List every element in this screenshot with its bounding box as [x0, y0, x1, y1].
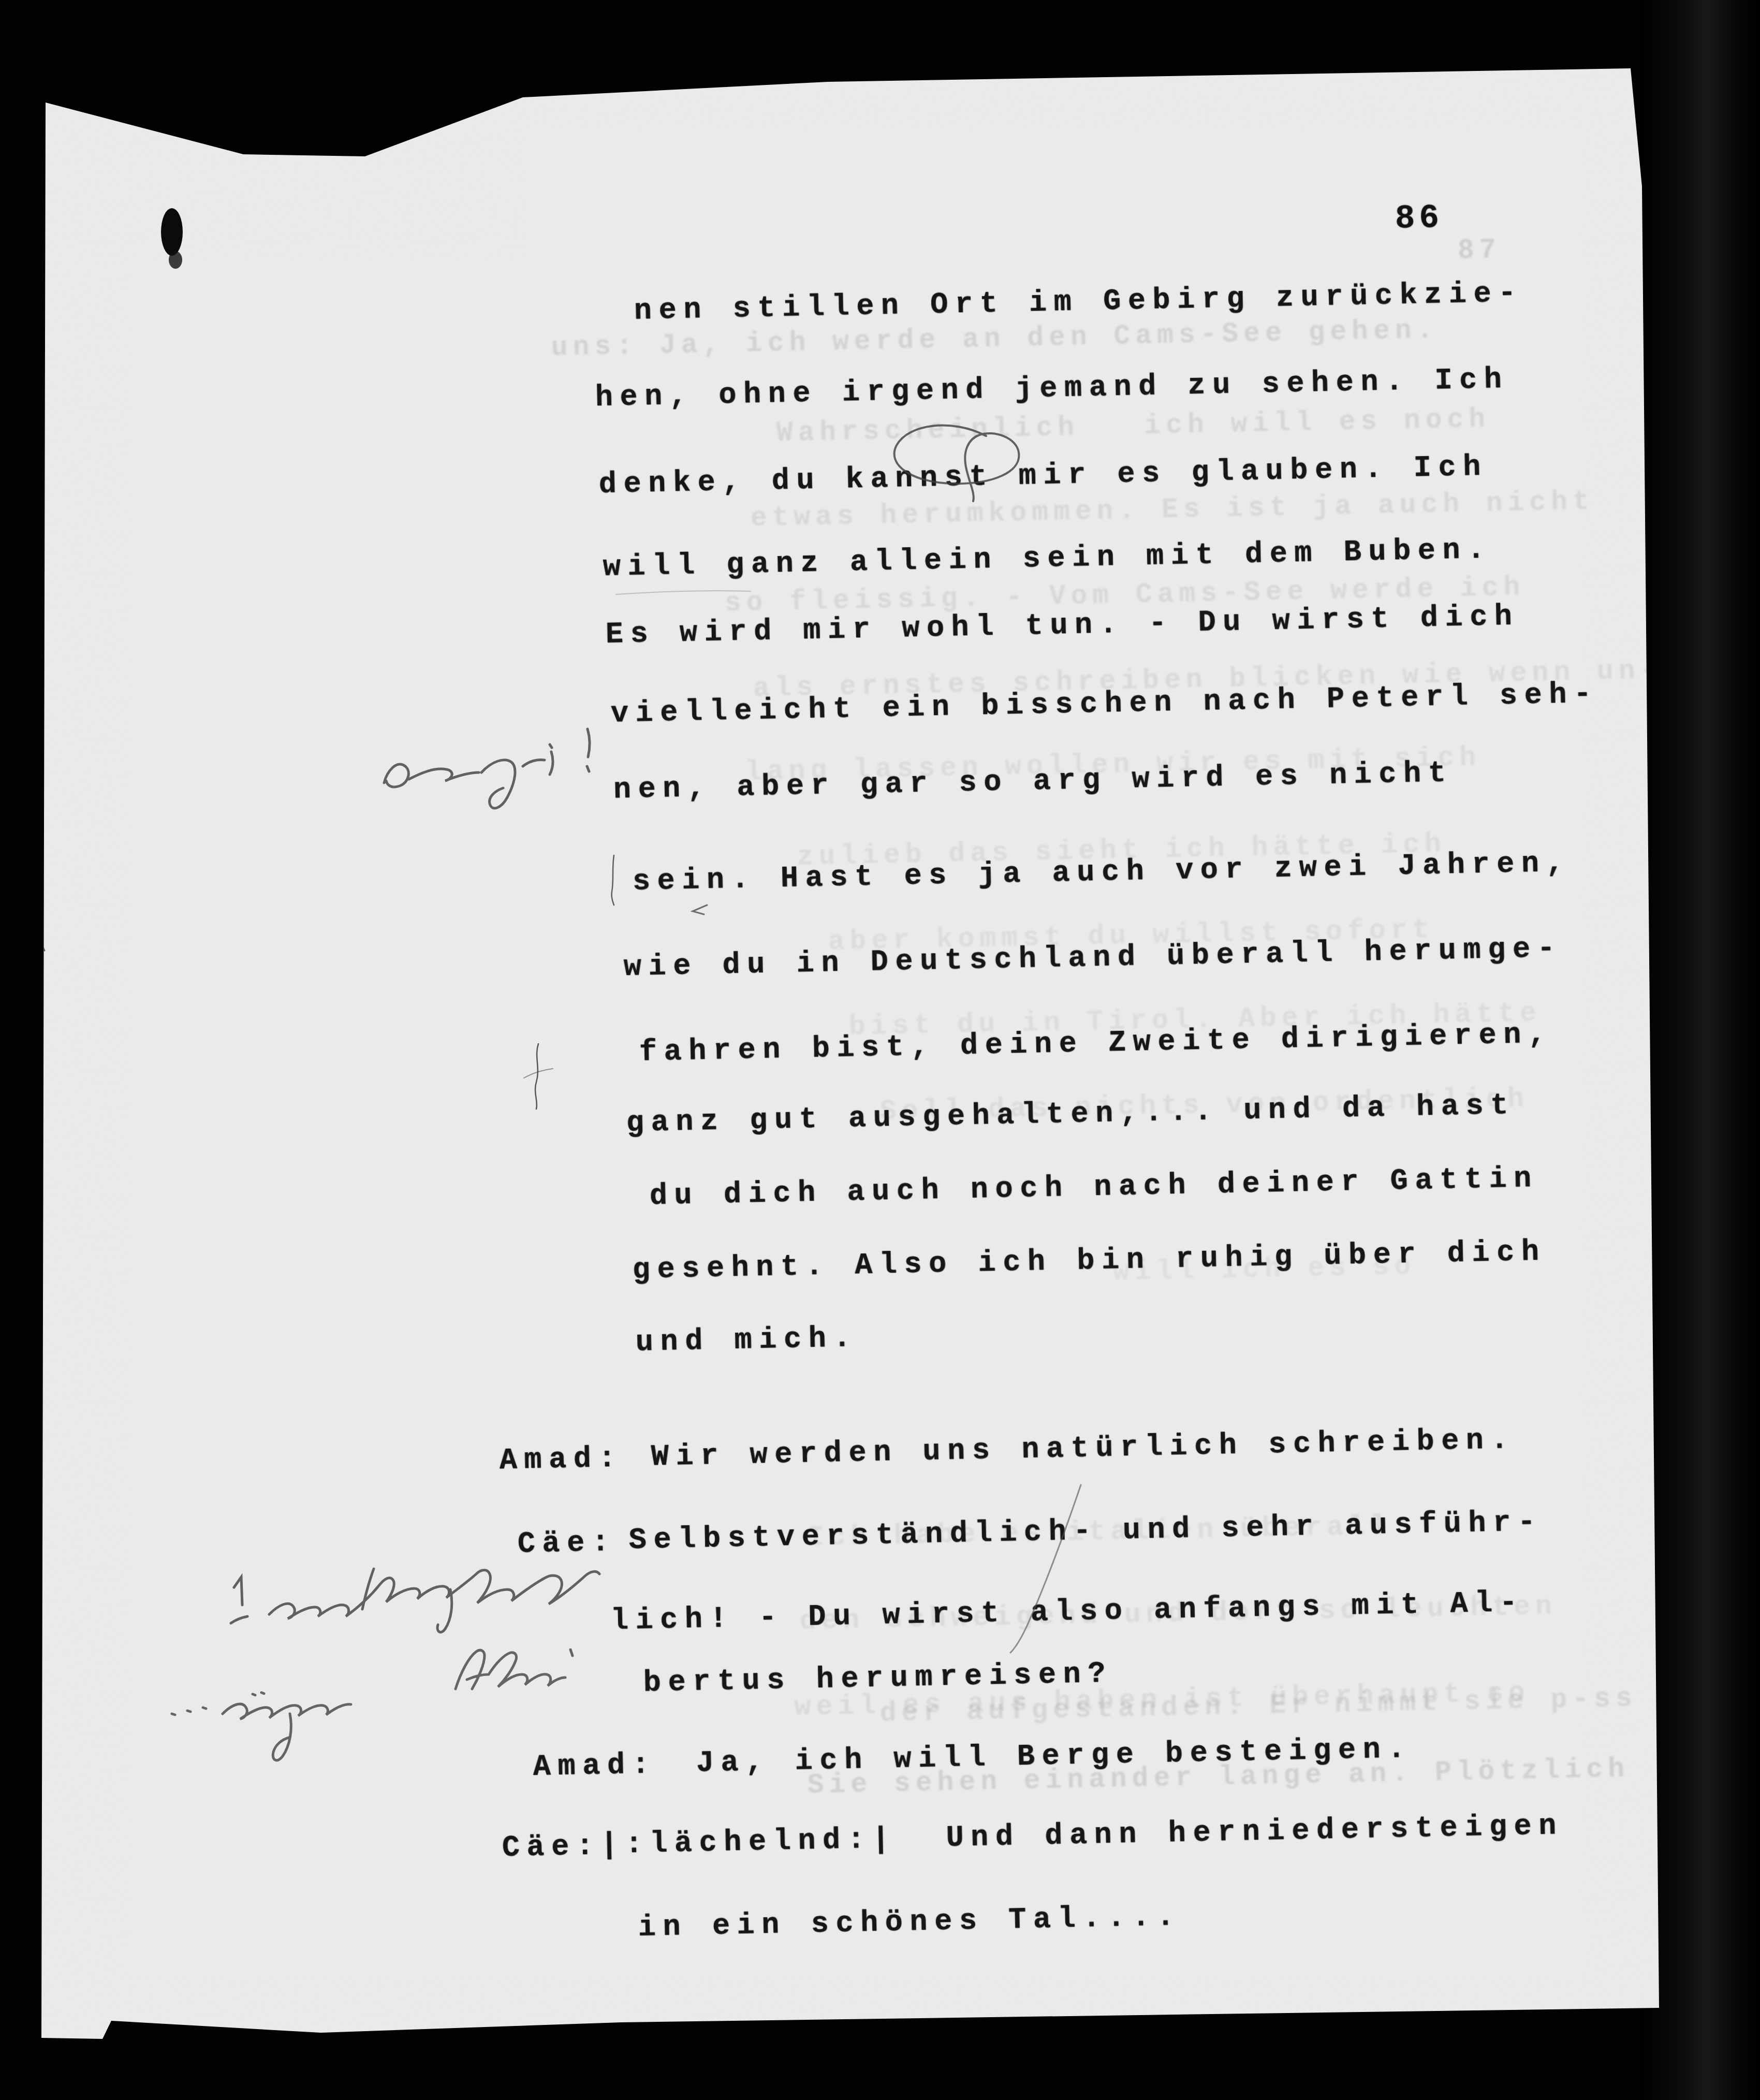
typescript-line: |:lächelnd:| Und dann herniedersteigen	[600, 1812, 1563, 1860]
typescript-line: nen, aber gar so arg wird es nicht	[613, 759, 1453, 806]
typed-text-layer: 87uns: Ja, ich werde an den Cams-See geh…	[0, 0, 1760, 2099]
ghost-line: Wahrscheinlich ich will es noch	[776, 406, 1490, 448]
typescript-line: in ein schönes Tal....	[638, 1903, 1181, 1943]
typescript-line: Cäe:	[517, 1528, 617, 1560]
typescript-line: und mich.	[635, 1324, 858, 1358]
typescript-line: Amad:	[533, 1751, 657, 1783]
typescript-line: ganz gut ausgehalten,... und da hast	[626, 1091, 1515, 1138]
scanned-typescript-page: { "document": { "kind": "typewritten man…	[0, 0, 1760, 2100]
typescript-line: Amad:	[499, 1444, 623, 1476]
page-number: 86	[1395, 200, 1443, 238]
typescript-line: fahren bist, deine Zweite dirigieren,	[639, 1020, 1553, 1068]
book-gutter-shadow	[1641, 0, 1760, 2100]
typescript-line: Selbstverständlich- und sehr ausführ-	[628, 1508, 1543, 1555]
typescript-line: Cäe:	[502, 1832, 601, 1863]
typescript-line: sein. Hast es ja auch vor zwei Jahren,	[632, 849, 1571, 897]
typescript-line: wie du in Deutschland überall herumge-	[623, 935, 1562, 983]
paper-sheet: 87uns: Ja, ich werde an den Cams-See geh…	[0, 0, 1760, 2100]
ghost-line: 87	[1458, 237, 1502, 265]
typescript-line: Wir werden uns natürlich schreiben.	[651, 1425, 1516, 1472]
typescript-line: du dich auch noch nach deiner Gattin	[649, 1164, 1538, 1212]
